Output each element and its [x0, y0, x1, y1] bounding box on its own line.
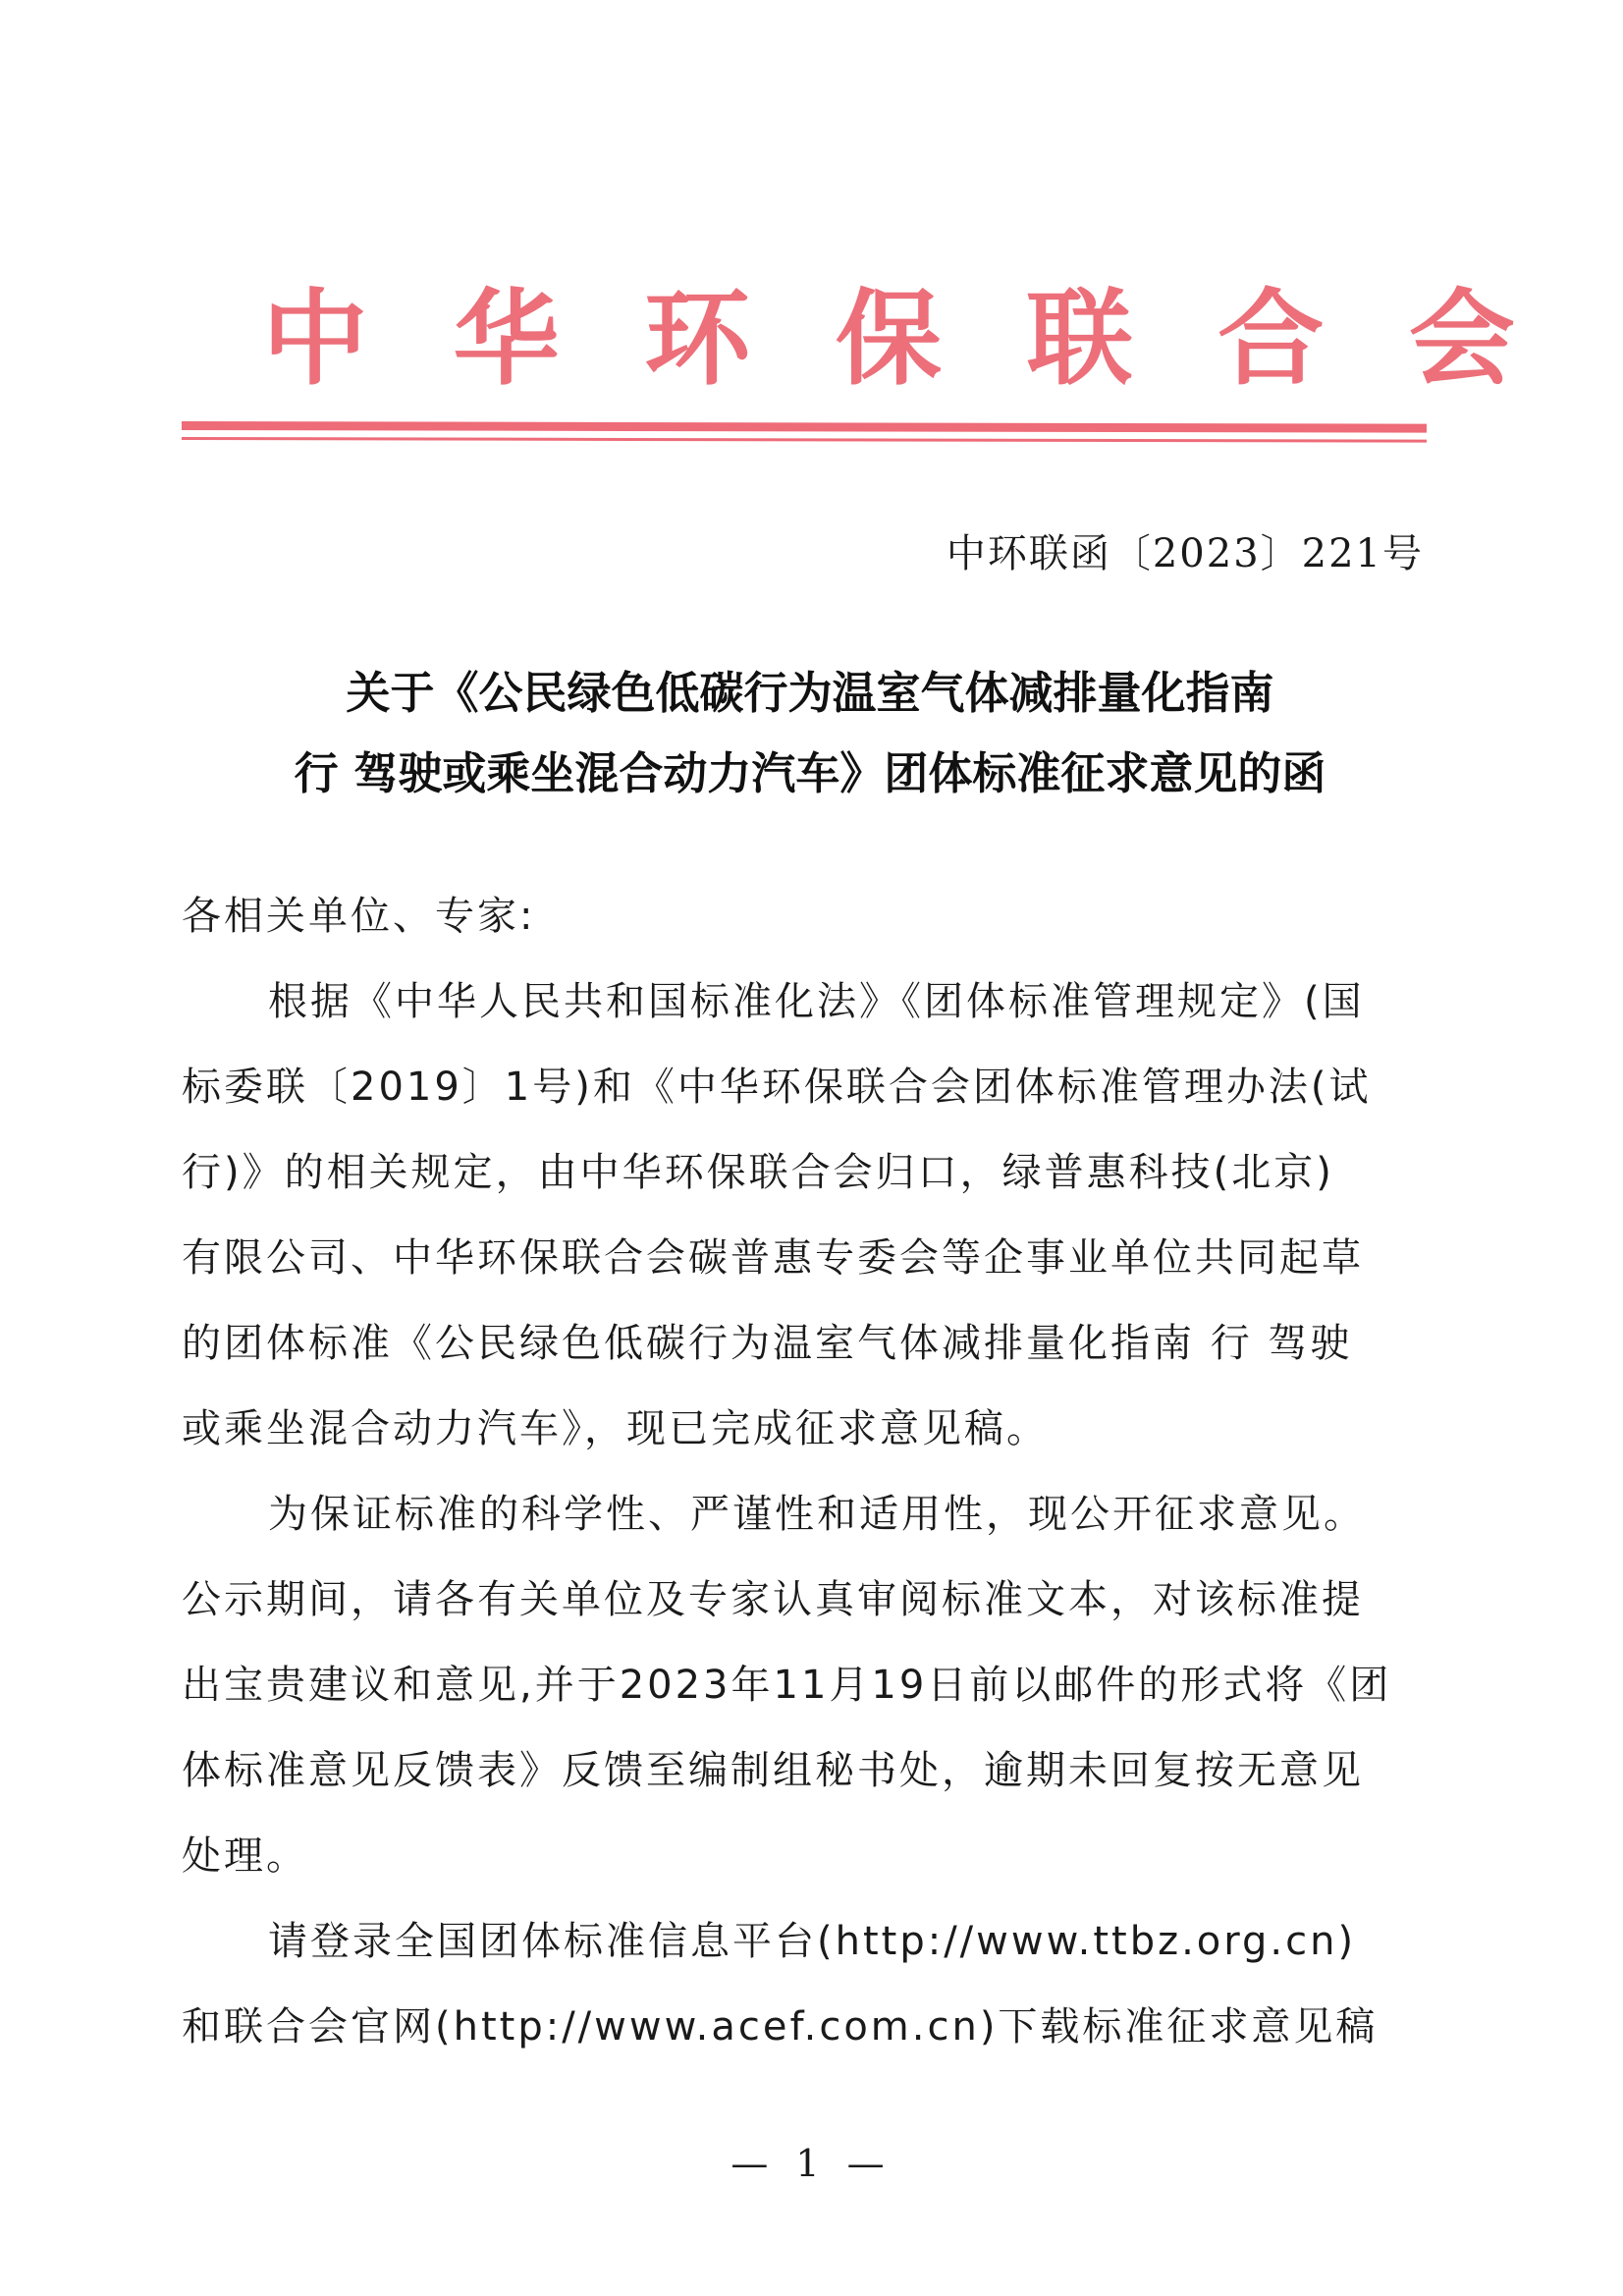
- paragraph-1-line: 根据《中华人民共和国标准化法》《团体标准管理规定》(国: [182, 959, 1429, 1045]
- org-name-char: 中: [260, 276, 370, 401]
- salutation: 各相关单位、专家:: [182, 874, 1429, 959]
- organization-name: 中 华 环 保 联 合 会: [260, 275, 1517, 403]
- paragraph-2-line: 体标准意见反馈表》反馈至编制组秘书处，逾期未回复按无意见: [182, 1728, 1429, 1814]
- document-page: 中 华 环 保 联 合 会 中环联函〔2023〕221号 关于《公民绿色低碳行为…: [0, 0, 1623, 2296]
- letterhead: 中 华 环 保 联 合 会: [167, 275, 1443, 403]
- paragraph-3-line: 请登录全国团体标准信息平台(http://www.ttbz.org.cn): [182, 1899, 1429, 1985]
- paragraph-1-line: 标委联〔2019〕1号)和《中华环保联合会团体标准管理办法(试: [182, 1045, 1429, 1130]
- org-name-char: 环: [642, 276, 752, 401]
- paragraph-2-line: 公示期间，请各有关单位及专家认真审阅标准文本，对该标准提: [182, 1558, 1429, 1643]
- paragraph-2-line: 处理。: [182, 1814, 1429, 1899]
- letterhead-rule-thick: [182, 421, 1427, 433]
- org-name-char: 华: [452, 276, 562, 401]
- paragraph-1-line: 行)》的相关规定，由中华环保联合会归口，绿普惠科技(北京): [182, 1130, 1429, 1216]
- document-title: 关于《公民绿色低碳行为温室气体减排量化指南 行 驾驶或乘坐混合动力汽车》团体标准…: [177, 653, 1443, 814]
- org-name-char: 合: [1216, 276, 1325, 401]
- paragraph-1-line: 有限公司、中华环保联合会碳普惠专委会等企事业单位共同起草: [182, 1216, 1429, 1301]
- org-name-char: 保: [834, 276, 944, 401]
- title-line-1: 关于《公民绿色低碳行为温室气体减排量化指南: [177, 653, 1443, 734]
- org-name-char: 会: [1407, 276, 1517, 401]
- paragraph-1-line: 的团体标准《公民绿色低碳行为温室气体减排量化指南 行 驾驶: [182, 1301, 1429, 1387]
- org-name-char: 联: [1025, 276, 1135, 401]
- paragraph-2-line: 出宝贵建议和意见,并于2023年11月19日前以邮件的形式将《团: [182, 1643, 1429, 1728]
- paragraph-1-line: 或乘坐混合动力汽车》，现已完成征求意见稿。: [182, 1387, 1429, 1472]
- document-body: 各相关单位、专家: 根据《中华人民共和国标准化法》《团体标准管理规定》(国 标委…: [182, 874, 1429, 2070]
- title-line-2: 行 驾驶或乘坐混合动力汽车》团体标准征求意见的函: [177, 734, 1443, 814]
- document-number: 中环联函〔2023〕221号: [947, 524, 1424, 583]
- page-number: — 1 —: [0, 2139, 1623, 2188]
- letterhead-rule-thin: [182, 437, 1427, 443]
- paragraph-2-line: 为保证标准的科学性、严谨性和适用性，现公开征求意见。: [182, 1472, 1429, 1558]
- paragraph-3-line: 和联合会官网(http://www.acef.com.cn)下载标准征求意见稿: [182, 1985, 1429, 2070]
